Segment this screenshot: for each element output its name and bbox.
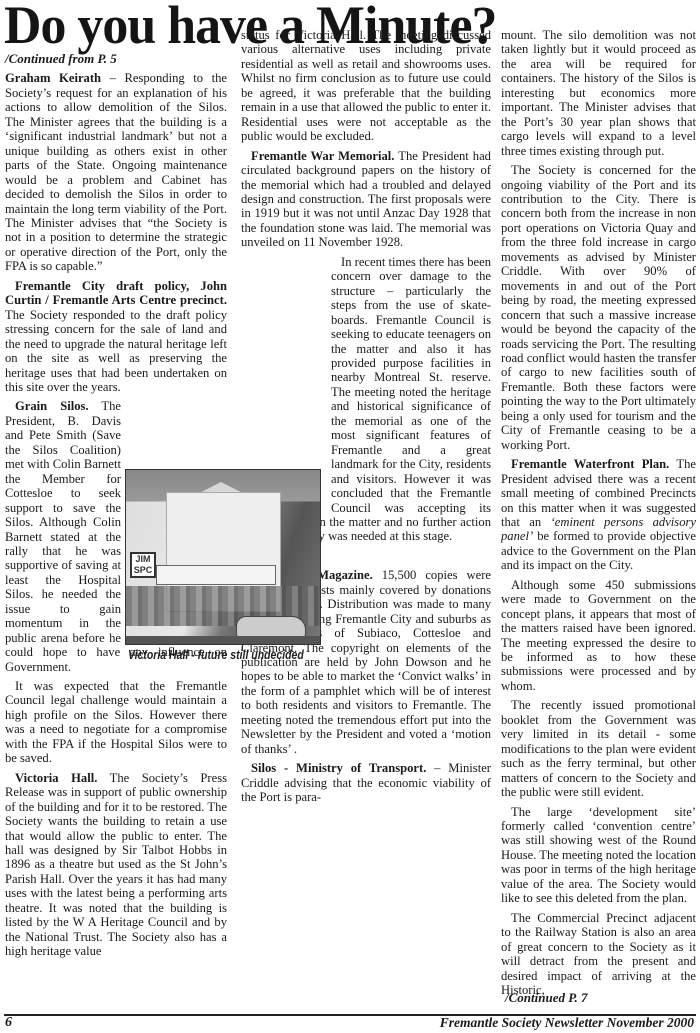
paragraph-silo-demolition: mount. The silo demolition was not taken… xyxy=(501,28,696,158)
paragraph-heading: Graham Keirath xyxy=(5,71,101,85)
paragraph-victoria-hall-cont: status for Victoria Hall. The meeting di… xyxy=(241,28,491,144)
paragraph-development-site: The large ‘development site’ formerly ca… xyxy=(501,805,696,906)
paragraph-commercial-precinct: The Commercial Precinct adjacent to the … xyxy=(501,911,696,998)
paragraph-graham-keirath: Graham Keirath – Responding to the Socie… xyxy=(5,71,227,273)
paragraph-fremantle-city-draft-policy: Fremantle City draft policy, John Curtin… xyxy=(5,279,227,395)
page-number: 6 xyxy=(5,1015,12,1031)
photo-road xyxy=(126,636,321,644)
victoria-hall-photo: JIM SPC xyxy=(125,469,321,645)
photo-sign: JIM SPC xyxy=(130,552,156,578)
paragraph-submissions: Although some 450 submissions were made … xyxy=(501,578,696,694)
paragraph-victoria-hall: Victoria Hall. The Society’s Press Relea… xyxy=(5,771,227,959)
continued-from-note: /Continued from P. 5 xyxy=(5,52,227,66)
paragraph-silos-ministry: Silos - Ministry of Transport. – Ministe… xyxy=(241,761,491,804)
footer-publication-title: Fremantle Society Newsletter November 20… xyxy=(440,1015,694,1031)
paragraph-waterfront-plan: Fremantle Waterfront Plan. The President… xyxy=(501,457,696,573)
photo-banner xyxy=(156,565,276,585)
paragraph-heading: Grain Silos. xyxy=(15,399,89,413)
photo-car xyxy=(236,616,306,638)
paragraph-promotional-booklet: The recently issued promotional booklet … xyxy=(501,698,696,799)
column-3: mount. The silo demolition was not taken… xyxy=(501,28,696,1002)
paragraph-heading: Victoria Hall. xyxy=(15,771,97,785)
paragraph-war-memorial: Fremantle War Memorial. The President ha… xyxy=(241,149,491,250)
paragraph-port-viability: The Society is concerned for the ongoing… xyxy=(501,163,696,452)
paragraph-heading: Fremantle War Memorial. xyxy=(251,149,394,163)
paragraph-heading: Fremantle Waterfront Plan. xyxy=(511,457,669,471)
photo-caption: Victoria Hall - future still undecided xyxy=(128,648,304,662)
paragraph-heading: Silos - Ministry of Transport. xyxy=(251,761,426,775)
continued-to-note: /Continued P. 7 xyxy=(505,990,587,1006)
paragraph-council-legal-challenge: It was expected that the Fremantle Counc… xyxy=(5,679,227,766)
column-2: status for Victoria Hall. The meeting di… xyxy=(241,28,491,810)
paragraph-heading: Fremantle City draft policy, John Curtin… xyxy=(5,279,227,307)
